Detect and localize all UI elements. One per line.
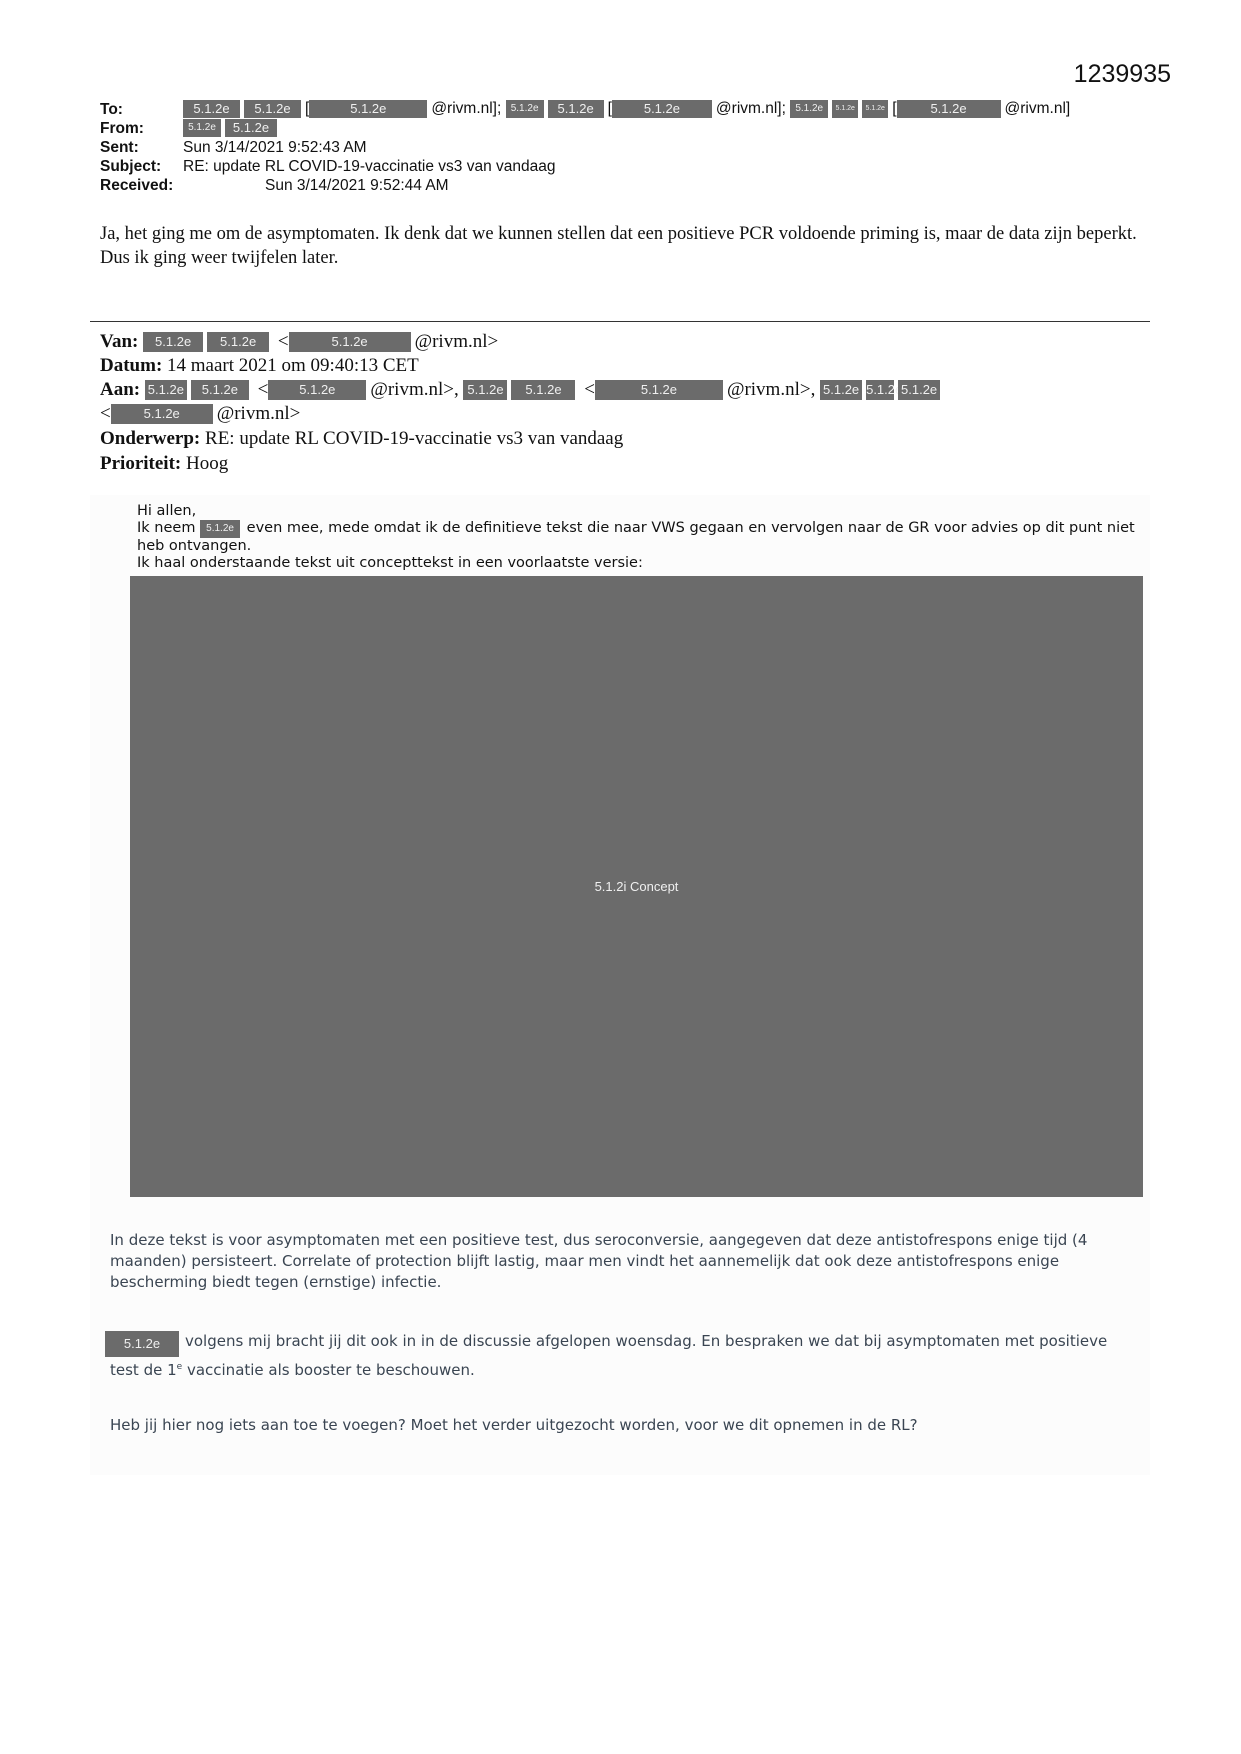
redaction-box: 5.1.2e xyxy=(225,119,277,137)
redaction-box: 5.1.2e xyxy=(191,380,249,400)
from-label: From: xyxy=(100,120,144,138)
redaction-box: 5.1.2e xyxy=(145,380,187,400)
van-line: Van: 5.1.2e5.1.2e <5.1.2e@rivm.nl> xyxy=(100,330,498,354)
address-text: @rivm.nl] xyxy=(1005,100,1071,118)
redaction-box: 5.1.2e xyxy=(244,100,301,118)
document-number: 1239935 xyxy=(1074,60,1171,89)
redaction-box: 5.1.2e xyxy=(612,100,712,118)
paragraph-1: In deze tekst is voor asymptomaten met e… xyxy=(110,1230,1110,1293)
aan-line-2: <5.1.2e@rivm.nl> xyxy=(100,402,300,426)
paragraph-2: 5.1.2evolgens mij bracht jij dit ook in … xyxy=(110,1331,1110,1381)
to-label: To: xyxy=(100,101,123,119)
redaction-box: 5.1.2e xyxy=(200,520,240,538)
address-text: < xyxy=(100,402,111,426)
redaction-box: 5.1.2e xyxy=(183,100,240,118)
to-recipients: 5.1.2e5.1.2e[5.1.2e@rivm.nl]; 5.1.2e5.1.… xyxy=(183,100,1070,118)
prioriteit-line: Prioriteit: Hoog xyxy=(100,452,228,476)
datum-label: Datum: xyxy=(100,355,162,376)
redaction-box: 5.1.2e xyxy=(898,380,940,400)
aan-label: Aan: xyxy=(100,379,140,400)
onderwerp-value: RE: update RL COVID-19-vaccinatie vs3 va… xyxy=(205,428,623,449)
redaction-box: 5.1.2e xyxy=(897,100,1001,118)
concept-redaction-label: 5.1.2i Concept xyxy=(595,879,679,894)
redaction-box: 5.1.2e xyxy=(506,100,544,118)
received-label: Received: xyxy=(100,177,173,195)
address-text: < xyxy=(253,378,268,402)
address-text: @rivm.nl> xyxy=(415,330,499,354)
redaction-box: 5.1.2e xyxy=(862,100,888,118)
redaction-box: 5.1.2e xyxy=(143,332,203,352)
onderwerp-label: Onderwerp: xyxy=(100,428,200,449)
prioriteit-value: Hoog xyxy=(186,453,228,474)
redaction-box: 5.1.2e xyxy=(463,380,507,400)
datum-value: 14 maart 2021 om 09:40:13 CET xyxy=(167,355,419,376)
intro-line: Ik neem 5.1.2e even mee, mede omdat ik d… xyxy=(137,520,1147,555)
redaction-box: 5.1.2e xyxy=(511,380,575,400)
datum-line: Datum: 14 maart 2021 om 09:40:13 CET xyxy=(100,354,419,378)
redaction-box: 5.1.2e xyxy=(866,380,894,400)
redaction-box: 5.1.2e xyxy=(309,100,427,118)
received-value: Sun 3/14/2021 9:52:44 AM xyxy=(265,177,449,195)
address-text: @rivm.nl]; xyxy=(431,100,505,118)
redaction-box: 5.1.2e xyxy=(289,332,411,352)
divider xyxy=(90,321,1150,322)
concept-redaction-block: 5.1.2i Concept xyxy=(130,576,1143,1197)
redaction-box: 5.1.2e xyxy=(183,119,221,137)
redaction-box: 5.1.2e xyxy=(595,380,723,400)
redaction-box: 5.1.2e xyxy=(111,404,213,424)
source-line: Ik haal onderstaande tekst uit conceptte… xyxy=(137,555,1147,572)
subject-value: RE: update RL COVID-19-vaccinatie vs3 va… xyxy=(183,158,555,176)
onderwerp-line: Onderwerp: RE: update RL COVID-19-vaccin… xyxy=(100,427,623,451)
from-sender: 5.1.2e5.1.2e xyxy=(183,119,281,137)
prioriteit-label: Prioriteit: xyxy=(100,453,181,474)
redaction-box: 5.1.2e xyxy=(548,100,604,118)
message-intro: Hi allen, Ik neem 5.1.2e even mee, mede … xyxy=(137,503,1147,572)
reply-body: Ja, het ging me om de asymptomaten. Ik d… xyxy=(100,222,1140,270)
address-text: @rivm.nl>, xyxy=(370,378,463,402)
greeting: Hi allen, xyxy=(137,503,1147,520)
redaction-box: 5.1.2e xyxy=(105,1331,179,1357)
paragraph-3: Heb jij hier nog iets aan toe te voegen?… xyxy=(110,1415,1110,1436)
redaction-box: 5.1.2e xyxy=(207,332,269,352)
van-label: Van: xyxy=(100,331,138,352)
aan-parts-2: <5.1.2e@rivm.nl> xyxy=(100,403,300,424)
aan-line: Aan: 5.1.2e5.1.2e <5.1.2e@rivm.nl>, 5.1.… xyxy=(100,378,944,402)
subject-label: Subject: xyxy=(100,158,161,176)
address-text: @rivm.nl]; xyxy=(716,100,790,118)
redaction-box: 5.1.2e xyxy=(820,380,862,400)
redaction-box: 5.1.2e xyxy=(832,100,858,118)
address-text: < xyxy=(273,330,288,354)
address-text: < xyxy=(579,378,594,402)
aan-parts: 5.1.2e5.1.2e <5.1.2e@rivm.nl>, 5.1.2e5.1… xyxy=(145,379,944,400)
address-text: @rivm.nl>, xyxy=(727,378,820,402)
address-text: @rivm.nl> xyxy=(217,402,301,426)
sent-label: Sent: xyxy=(100,139,139,157)
redaction-box: 5.1.2e xyxy=(790,100,828,118)
sent-value: Sun 3/14/2021 9:52:43 AM xyxy=(183,139,367,157)
van-parts: 5.1.2e5.1.2e <5.1.2e@rivm.nl> xyxy=(143,331,498,352)
redaction-box: 5.1.2e xyxy=(268,380,366,400)
